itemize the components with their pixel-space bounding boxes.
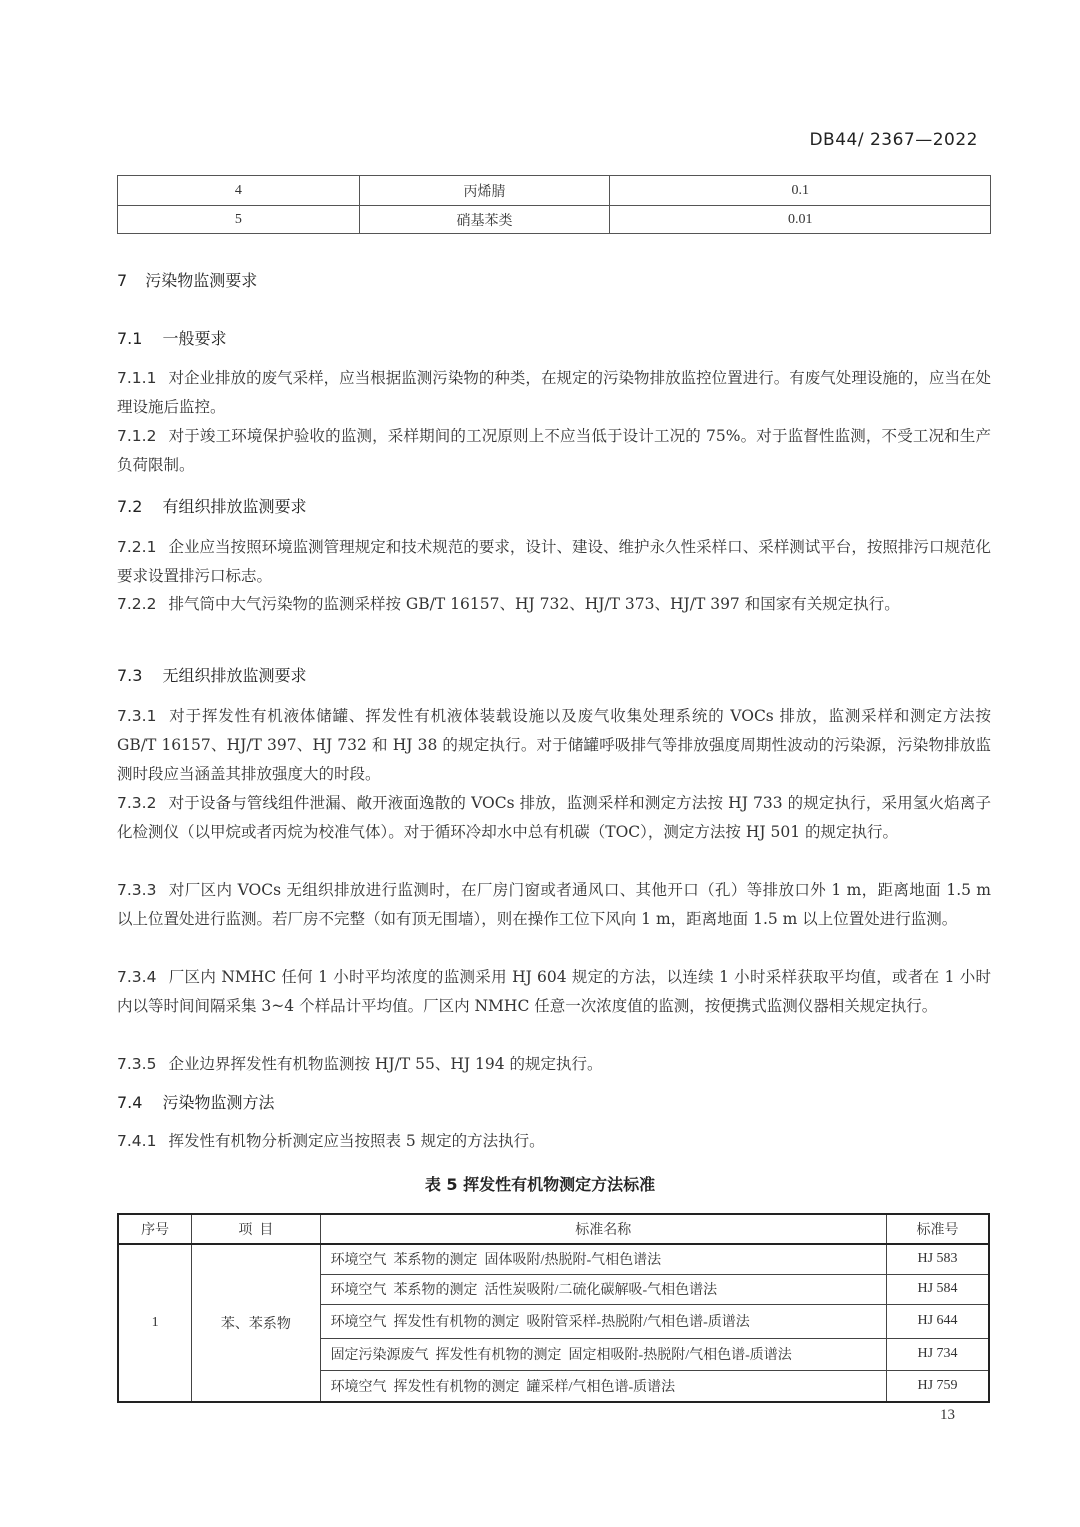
column-header-number: 序号 xyxy=(118,1214,192,1244)
section-7-1-heading: 7.1一般要求 xyxy=(117,326,226,349)
row-number: 5 xyxy=(118,206,360,234)
section-title: 有组织排放监测要求 xyxy=(162,497,306,516)
previous-limits-table: 4 丙烯腈 0.1 5 硝基苯类 0.01 xyxy=(117,175,991,234)
clause-text: 对厂区内 VOCs 无组织排放进行监测时，在厂房门窗或者通风口、其他开口（孔）等… xyxy=(117,881,991,928)
pollutant-name: 硝基苯类 xyxy=(359,206,610,234)
clause-text: 对企业排放的废气采样，应当根据监测污染物的种类，在规定的污染物排放监控位置进行。… xyxy=(117,369,991,416)
clause-7-1-2: 7.1.2对于竣工环境保护验收的监测，采样期间的工况原则上不应当低于设计工况的 … xyxy=(117,422,991,480)
section-title: 污染物监测要求 xyxy=(145,271,257,290)
clause-number: 7.2.2 xyxy=(117,595,156,613)
table-5-methods: 序号 项 目 标准名称 标准号 1 苯、苯系物 环境空气 苯系物的测定 固体吸附… xyxy=(117,1213,990,1403)
clause-7-1-1: 7.1.1对企业排放的废气采样，应当根据监测污染物的种类，在规定的污染物排放监控… xyxy=(117,364,991,422)
clause-number: 7.3.2 xyxy=(117,794,156,812)
table-header-row: 序号 项 目 标准名称 标准号 xyxy=(118,1214,989,1244)
clause-7-3-4: 7.3.4厂区内 NMHC 任何 1 小时平均浓度的监测采用 HJ 604 规定… xyxy=(117,963,991,1021)
clause-number: 7.3.4 xyxy=(117,968,156,986)
clause-text: 挥发性有机物分析测定应当按照表 5 规定的方法执行。 xyxy=(168,1132,544,1150)
section-7-4-heading: 7.4污染物监测方法 xyxy=(117,1090,274,1113)
section-title: 一般要求 xyxy=(162,329,226,348)
page-number: 13 xyxy=(940,1407,955,1424)
table-5-caption: 表 5 挥发性有机物测定方法标准 xyxy=(0,1172,1080,1195)
section-7-3-heading: 7.3无组织排放监测要求 xyxy=(117,663,306,686)
clause-text: 企业应当按照环境监测管理规定和技术规范的要求，设计、建设、维护永久性采样口、采样… xyxy=(117,538,991,585)
standard-code: HJ 583 xyxy=(886,1244,989,1274)
column-header-standard-name: 标准名称 xyxy=(320,1214,886,1244)
limit-value: 0.1 xyxy=(610,176,991,206)
pollutant-name: 丙烯腈 xyxy=(359,176,610,206)
clause-number: 7.1.2 xyxy=(117,427,156,445)
clause-7-2-2: 7.2.2排气筒中大气污染物的监测采样按 GB/T 16157、HJ 732、H… xyxy=(117,590,991,619)
clause-text: 厂区内 NMHC 任何 1 小时平均浓度的监测采用 HJ 604 规定的方法，以… xyxy=(117,968,991,1015)
clause-number: 7.2.1 xyxy=(117,538,156,556)
table-row: 5 硝基苯类 0.01 xyxy=(118,206,991,234)
group-item: 苯、苯系物 xyxy=(192,1244,320,1402)
standard-code: HJ 759 xyxy=(886,1370,989,1402)
standard-name: 环境空气 挥发性有机物的测定 罐采样/气相色谱-质谱法 xyxy=(320,1370,886,1402)
clause-number: 7.4.1 xyxy=(117,1132,156,1150)
clause-text: 对于挥发性有机液体储罐、挥发性有机液体装载设施以及废气收集处理系统的 VOCs … xyxy=(117,707,991,783)
section-number: 7.2 xyxy=(117,497,142,516)
section-number: 7.3 xyxy=(117,666,142,685)
standard-name: 固定污染源废气 挥发性有机物的测定 固定相吸附-热脱附/气相色谱-质谱法 xyxy=(320,1338,886,1370)
clause-text: 对于设备与管线组件泄漏、敞开液面逸散的 VOCs 排放，监测采样和测定方法按 H… xyxy=(117,794,991,841)
clause-number: 7.3.1 xyxy=(117,707,156,725)
clause-7-3-1: 7.3.1对于挥发性有机液体储罐、挥发性有机液体装载设施以及废气收集处理系统的 … xyxy=(117,702,991,789)
clause-7-3-2: 7.3.2对于设备与管线组件泄漏、敞开液面逸散的 VOCs 排放，监测采样和测定… xyxy=(117,789,991,847)
column-header-standard-code: 标准号 xyxy=(886,1214,989,1244)
clause-number: 7.3.3 xyxy=(117,881,156,899)
clause-7-4-1: 7.4.1挥发性有机物分析测定应当按照表 5 规定的方法执行。 xyxy=(117,1127,991,1156)
standard-name: 环境空气 苯系物的测定 固体吸附/热脱附-气相色谱法 xyxy=(320,1244,886,1274)
clause-text: 排气筒中大气污染物的监测采样按 GB/T 16157、HJ 732、HJ/T 3… xyxy=(168,595,899,613)
table-row: 4 丙烯腈 0.1 xyxy=(118,176,991,206)
group-number: 1 xyxy=(118,1244,192,1402)
row-number: 4 xyxy=(118,176,360,206)
standard-code: HJ 644 xyxy=(886,1304,989,1338)
standard-name: 环境空气 苯系物的测定 活性炭吸附/二硫化碳解吸-气相色谱法 xyxy=(320,1274,886,1304)
clause-7-3-3: 7.3.3对厂区内 VOCs 无组织排放进行监测时，在厂房门窗或者通风口、其他开… xyxy=(117,876,991,934)
section-number: 7.1 xyxy=(117,329,142,348)
clause-7-2-1: 7.2.1企业应当按照环境监测管理规定和技术规范的要求，设计、建设、维护永久性采… xyxy=(117,533,991,591)
standard-name: 环境空气 挥发性有机物的测定 吸附管采样-热脱附/气相色谱-质谱法 xyxy=(320,1304,886,1338)
table-row: 1 苯、苯系物 环境空气 苯系物的测定 固体吸附/热脱附-气相色谱法 HJ 58… xyxy=(118,1244,989,1274)
clause-7-3-5: 7.3.5企业边界挥发性有机物监测按 HJ/T 55、HJ 194 的规定执行。 xyxy=(117,1050,991,1079)
section-7-heading: 7污染物监测要求 xyxy=(117,268,257,291)
clause-text: 对于竣工环境保护验收的监测，采样期间的工况原则上不应当低于设计工况的 75%。对… xyxy=(117,427,991,474)
clause-number: 7.1.1 xyxy=(117,369,156,387)
section-number: 7 xyxy=(117,271,127,290)
section-7-2-heading: 7.2有组织排放监测要求 xyxy=(117,494,306,517)
clause-text: 企业边界挥发性有机物监测按 HJ/T 55、HJ 194 的规定执行。 xyxy=(168,1055,602,1073)
standard-code: HJ 584 xyxy=(886,1274,989,1304)
clause-number: 7.3.5 xyxy=(117,1055,156,1073)
limit-value: 0.01 xyxy=(610,206,991,234)
document-code: DB44/ 2367—2022 xyxy=(809,130,978,150)
standard-code: HJ 734 xyxy=(886,1338,989,1370)
column-header-item: 项 目 xyxy=(192,1214,320,1244)
section-number: 7.4 xyxy=(117,1093,142,1112)
section-title: 污染物监测方法 xyxy=(162,1093,274,1112)
section-title: 无组织排放监测要求 xyxy=(162,666,306,685)
